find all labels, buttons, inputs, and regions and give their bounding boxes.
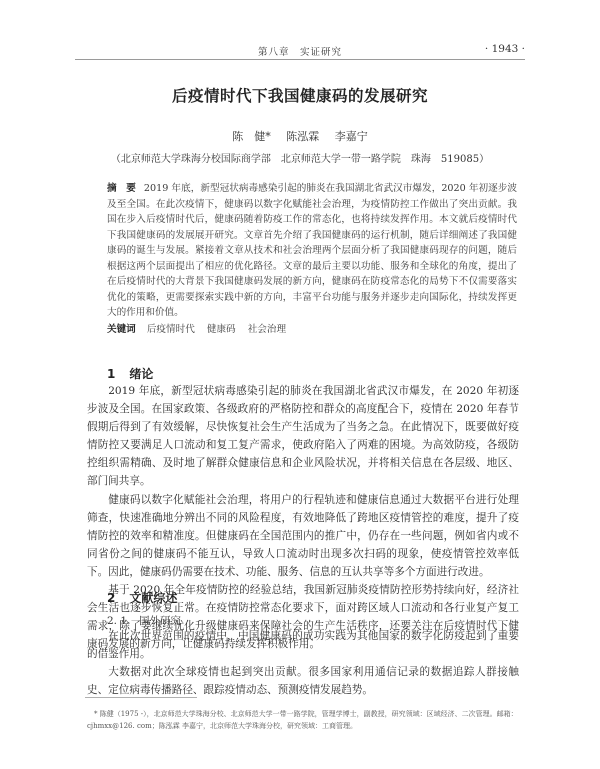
affiliation: （北京师范大学珠海分校国际商学部 北京师范大学一带一路学院 珠海 519085） xyxy=(0,150,600,165)
paper-title: 后疫情时代下我国健康码的发展研究 xyxy=(0,84,600,106)
paragraph: 大数据对此次全球疫情也起到突出贡献。很多国家利用通信记录的数据追踪人群接触史、定… xyxy=(87,663,519,699)
chapter-title: 第八章 实证研究 xyxy=(75,44,525,58)
author-footnote: * 陈健（1975 -），北京师范大学珠海分校、北京师范大学一带一路学院，管理学… xyxy=(87,708,519,732)
paragraph: 2019 年底，新型冠状病毒感染引起的肺炎在我国湖北省武汉市爆发，在 2020 … xyxy=(87,382,519,491)
paragraph: 健康码以数字化赋能社会治理，将用户的行程轨迹和健康信息通过大数据平台进行处理筛查… xyxy=(87,491,519,581)
section-heading-2: 2文献综述 xyxy=(107,589,177,606)
abstract-label: 摘 要 xyxy=(107,183,136,194)
subsection-title: 国外研究 xyxy=(139,615,181,627)
section-heading-1: 1绪论 xyxy=(107,365,153,382)
section-2-1-body: 在此次世界范围的疫情中，中国健康码的成功实践为其他国家的数字化防疫起到了重要的借… xyxy=(87,627,519,699)
section-title: 绪论 xyxy=(129,367,153,381)
section-title: 文献综述 xyxy=(129,591,177,605)
section-number: 2 xyxy=(107,591,115,605)
page-number: · 1943 · xyxy=(485,43,525,55)
abstract: 摘 要2019 年底，新型冠状病毒感染引起的肺炎在我国湖北省武汉市爆发，2020… xyxy=(107,181,517,321)
keyword: 健康码 xyxy=(207,324,236,335)
section-number: 1 xyxy=(107,367,115,381)
keywords: 关键词 后疫情时代 健康码 社会治理 xyxy=(107,321,517,335)
header-divider xyxy=(75,59,525,60)
abstract-text: 2019 年底，新型冠状病毒感染引起的肺炎在我国湖北省武汉市爆发，2020 年初… xyxy=(107,183,517,318)
author: 陈 健* xyxy=(232,130,271,143)
paragraph: 在此次世界范围的疫情中，中国健康码的成功实践为其他国家的数字化防疫起到了重要的借… xyxy=(87,627,519,663)
keyword: 后疫情时代 xyxy=(147,324,195,335)
keywords-label: 关键词 xyxy=(107,324,136,335)
author: 陈泓霖 xyxy=(286,130,319,143)
keyword: 社会治理 xyxy=(248,324,286,335)
footnote-divider xyxy=(85,697,197,698)
subsection-number: 2. 1 xyxy=(107,615,127,627)
subsection-heading-2-1: 2. 1国外研究 xyxy=(107,613,181,628)
running-header: 第八章 实证研究 · 1943 · xyxy=(75,42,525,58)
author-list: 陈 健* 陈泓霖 李嘉宁 xyxy=(0,128,600,144)
author: 李嘉宁 xyxy=(335,130,368,143)
